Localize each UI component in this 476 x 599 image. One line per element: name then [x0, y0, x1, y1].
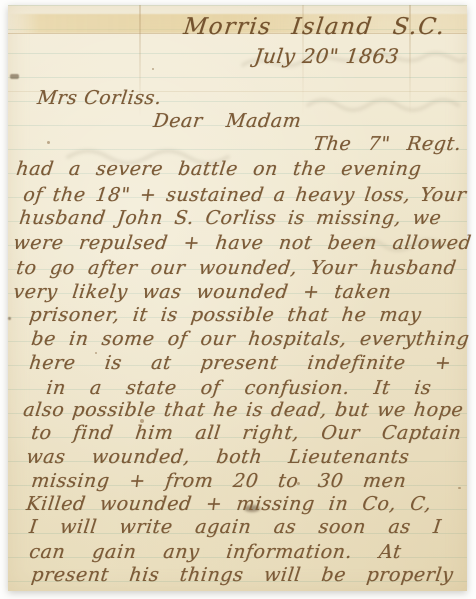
body-line: The 7" Regt. — [312, 133, 463, 155]
foxing-speck — [152, 68, 154, 70]
margin-mark — [10, 74, 19, 79]
body-line: Killed wounded + missing in Co, C, — [25, 493, 433, 515]
body-line: can gain any information. At — [28, 541, 403, 563]
body-line: husband John S. Corliss is missing, we — [18, 207, 443, 229]
body-line: I will write again as soon as I — [28, 516, 443, 538]
body-line: prisoner, it is possible that he may — [28, 304, 423, 326]
body-line: very likely was wounded + taken — [12, 281, 393, 303]
body-line: had a severe battle on the evening — [15, 158, 423, 180]
letter-recipient: Mrs Corliss. — [36, 87, 149, 109]
foxing-speck — [47, 141, 50, 144]
margin-mark — [8, 317, 11, 320]
letter-place-line: Morris Island S.C. — [182, 14, 447, 40]
body-line: to go after our wounded, Your husband — [15, 257, 458, 279]
body-line: present his things will be properly — [30, 564, 455, 586]
body-line: to find him all right, Our Captain — [30, 422, 463, 444]
letter-scan: Morris Island S.C. July 20" 1863 Mrs Cor… — [0, 0, 476, 599]
foxing-speck — [458, 487, 461, 489]
letter-salutation: Dear Madam — [152, 110, 303, 132]
body-line: were repulsed + have not been allowed — [12, 232, 473, 254]
body-line: be in some of our hospitals, everything — [30, 328, 471, 350]
body-line: of the 18" + sustained a heavy loss, You… — [22, 184, 468, 206]
body-line: missing + from 20 to 30 men — [30, 470, 408, 492]
body-line: in a state of confusion. It is — [45, 377, 433, 399]
body-line: was wounded, both Lieutenants — [25, 446, 411, 468]
letter-date-line: July 20" 1863 — [253, 44, 396, 68]
body-line: here is at present indefinite + — [28, 352, 453, 374]
body-line: also possible that he is dead, but we ho… — [22, 399, 465, 421]
